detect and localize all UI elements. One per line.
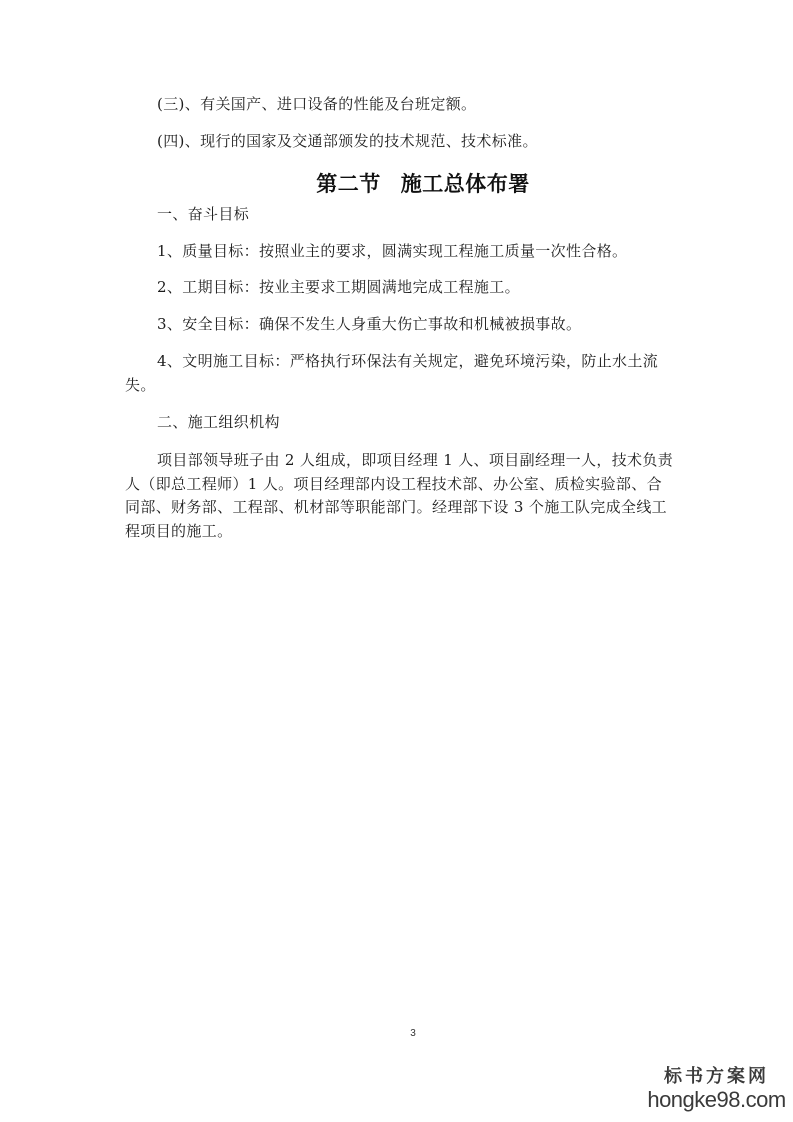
watermark: 标书方案网 hongke98.com xyxy=(644,1066,789,1112)
page-number: 3 xyxy=(0,1028,793,1039)
goal-safety: 3、安全目标：确保不发生人身重大伤亡事故和机械被损事故。 xyxy=(157,313,697,337)
intro-item-3: (三)、有关国产、进口设备的性能及台班定额。 xyxy=(157,93,697,117)
intro-item-4: (四)、现行的国家及交通部颁发的技术规范、技术标准。 xyxy=(157,130,697,154)
section-number: 第二节 xyxy=(316,172,381,196)
subsection-title-goals: 一、奋斗目标 xyxy=(157,203,697,227)
goal-civilized-line-1: 4、文明施工目标：严格执行环保法有关规定，避免环境污染，防止水土流 xyxy=(125,350,665,374)
document-page: (三)、有关国产、进口设备的性能及台班定额。 (四)、现行的国家及交通部颁发的技… xyxy=(0,0,793,1122)
organization-paragraph: 项目部领导班子由 2 人组成，即项目经理 1 人、项目副经理一人，技术负责 人（… xyxy=(125,449,665,543)
section-title: 施工总体布署 xyxy=(401,172,530,196)
organization-line-3: 同部、财务部、工程部、机材部等职能部门。经理部下设 3 个施工队完成全线工 xyxy=(125,496,665,520)
section-heading: 第二节施工总体布署 xyxy=(0,170,793,198)
goal-schedule: 2、工期目标：按业主要求工期圆满地完成工程施工。 xyxy=(157,276,697,300)
watermark-domain: hongke98.com xyxy=(644,1088,789,1112)
organization-line-2: 人（即总工程师）1 人。项目经理部内设工程技术部、办公室、质检实验部、合 xyxy=(125,473,665,497)
watermark-chinese: 标书方案网 xyxy=(644,1066,789,1088)
organization-line-4: 程项目的施工。 xyxy=(125,520,665,544)
goal-civilized-line-2: 失。 xyxy=(125,374,665,398)
organization-line-1: 项目部领导班子由 2 人组成，即项目经理 1 人、项目副经理一人，技术负责 xyxy=(125,449,665,473)
goal-civilized-construction: 4、文明施工目标：严格执行环保法有关规定，避免环境污染，防止水土流 失。 xyxy=(125,350,665,397)
goal-quality: 1、质量目标：按照业主的要求，圆满实现工程施工质量一次性合格。 xyxy=(157,240,697,264)
subsection-title-organization: 二、施工组织机构 xyxy=(157,411,697,435)
